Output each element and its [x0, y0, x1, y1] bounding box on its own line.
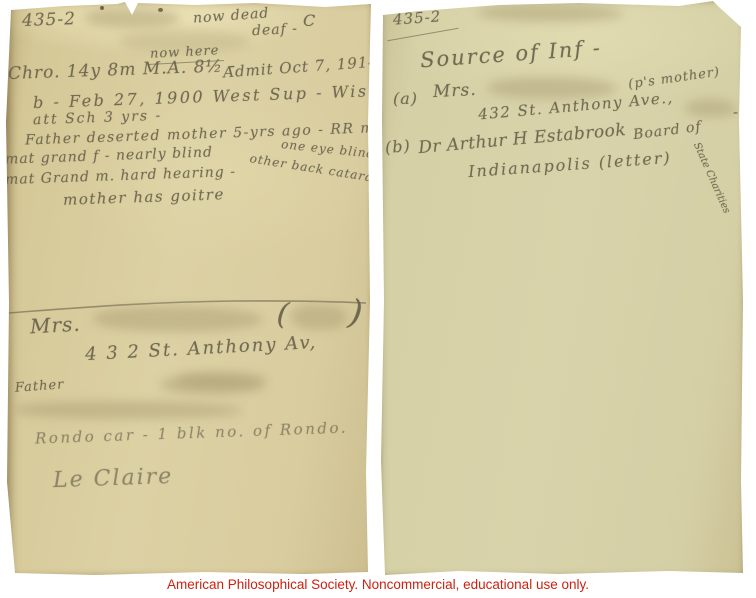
source-a-name: Mrs.	[433, 80, 478, 102]
note-c-mark: C	[303, 11, 316, 30]
record-line-goitre: mother has goitre	[63, 185, 225, 209]
source-b-org: Board of	[632, 119, 702, 143]
case-number: 435-2	[22, 9, 77, 31]
right-page: 435-2 Source of Inf - (a) Mrs. (p's moth…	[379, 1, 745, 576]
redacted-name-smudge	[93, 306, 263, 332]
scanned-document: 435-2 now dead deaf - C now here Chro. 1…	[0, 0, 756, 598]
left-page: 435-2 now dead deaf - C now here Chro. 1…	[5, 2, 372, 576]
source-b-place: Indianapolis (letter)	[468, 148, 673, 181]
underline-case-number	[387, 28, 458, 41]
redacted-name-smudge	[478, 4, 623, 22]
record-line-birth: b - Feb 27, 1900 West Sup - Wis -	[33, 81, 385, 112]
heading-source-of-inf: Source of Inf -	[419, 36, 602, 73]
source-b-org2: State Charities	[691, 141, 732, 215]
record-line-chro: Chro. 14y 8m M.A. 8½ -	[8, 56, 237, 84]
record-line-admit: Admit Oct 7, 1914	[223, 53, 380, 82]
attribution-caption: American Philosophical Society. Noncomme…	[0, 577, 756, 592]
note-deaf: deaf -	[252, 21, 299, 39]
redacted-smudge	[160, 376, 265, 394]
record-line-grandmother: mat Grand m. hard hearing -	[5, 164, 236, 188]
paren-open: (	[275, 296, 291, 332]
rondo-note: Rondo car - 1 blk no. of Rondo.	[35, 419, 348, 448]
redacted-name-smudge	[85, 8, 180, 28]
redacted-note-smudge	[291, 304, 347, 330]
redacted-line-smudge	[13, 401, 243, 419]
source-a-relation: (p's mother)	[627, 65, 721, 93]
record-line-school: att Sch 3 yrs -	[33, 108, 163, 129]
le-claire-note: Le Claire	[53, 464, 174, 493]
case-number: 435-2	[392, 7, 441, 28]
source-b-label: (b)	[384, 136, 411, 157]
source-a-label: (a)	[393, 89, 418, 108]
contact-mrs: Mrs.	[29, 312, 81, 339]
redacted-smudge	[685, 99, 737, 117]
source-a-dash: -	[733, 103, 739, 121]
father-label: Father	[15, 377, 65, 395]
contact-address: 4 3 2 St. Anthony Av,	[85, 332, 318, 365]
